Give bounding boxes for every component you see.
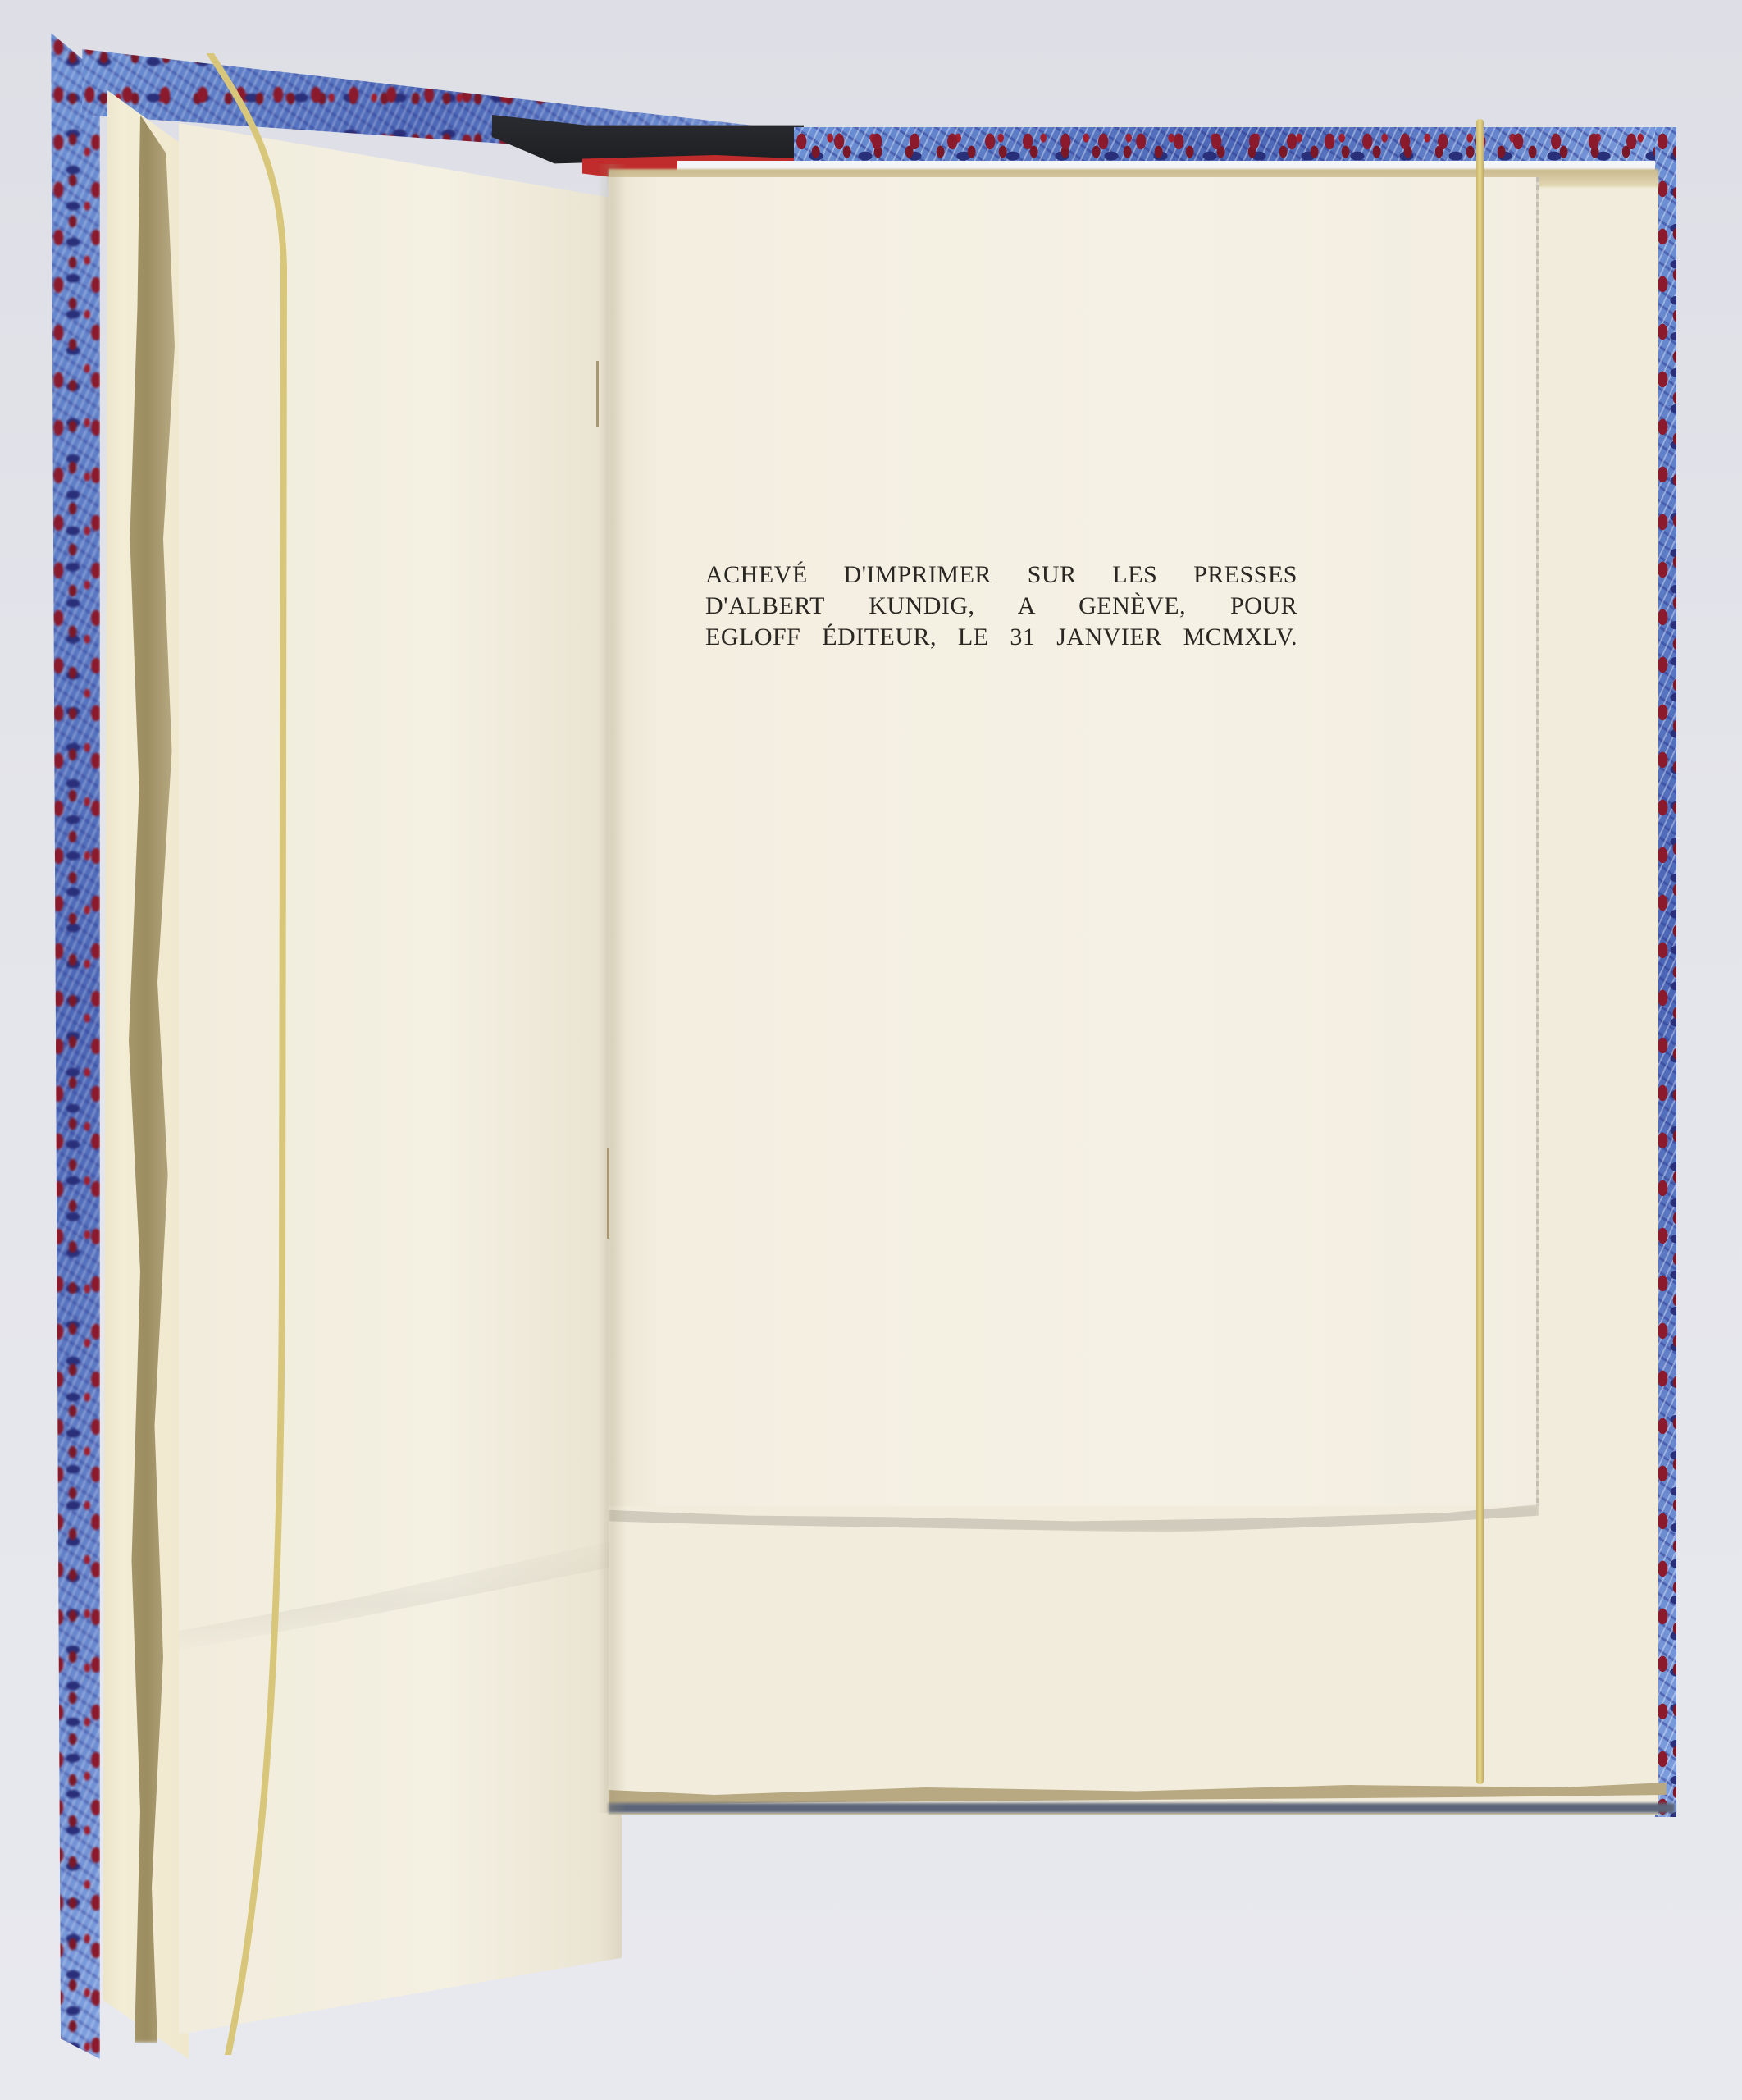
binding-stitch — [607, 1148, 609, 1239]
bottom-board-edge — [609, 1803, 1675, 1813]
colophon-page — [609, 177, 1539, 1506]
rubber-band-left — [203, 53, 302, 2055]
binding-stitch — [596, 361, 599, 427]
colophon-page-deckle-right — [1536, 177, 1539, 1506]
colophon-text: ACHEVÉ D'IMPRIMER SUR LES PRESSES D'ALBE… — [705, 559, 1297, 653]
colophon-line-2: D'ALBERT KUNDIG, A GENÈVE, POUR — [705, 591, 1297, 622]
left-cover-board-edge — [51, 33, 100, 2059]
rubber-band-right — [1476, 119, 1484, 1784]
colophon-line-1: ACHEVÉ D'IMPRIMER SUR LES PRESSES — [705, 559, 1297, 591]
gutter-shadow — [597, 164, 627, 1813]
colophon-line-3: EGLOFF ÉDITEUR, LE 31 JANVIER MCMXLV. — [705, 622, 1297, 653]
